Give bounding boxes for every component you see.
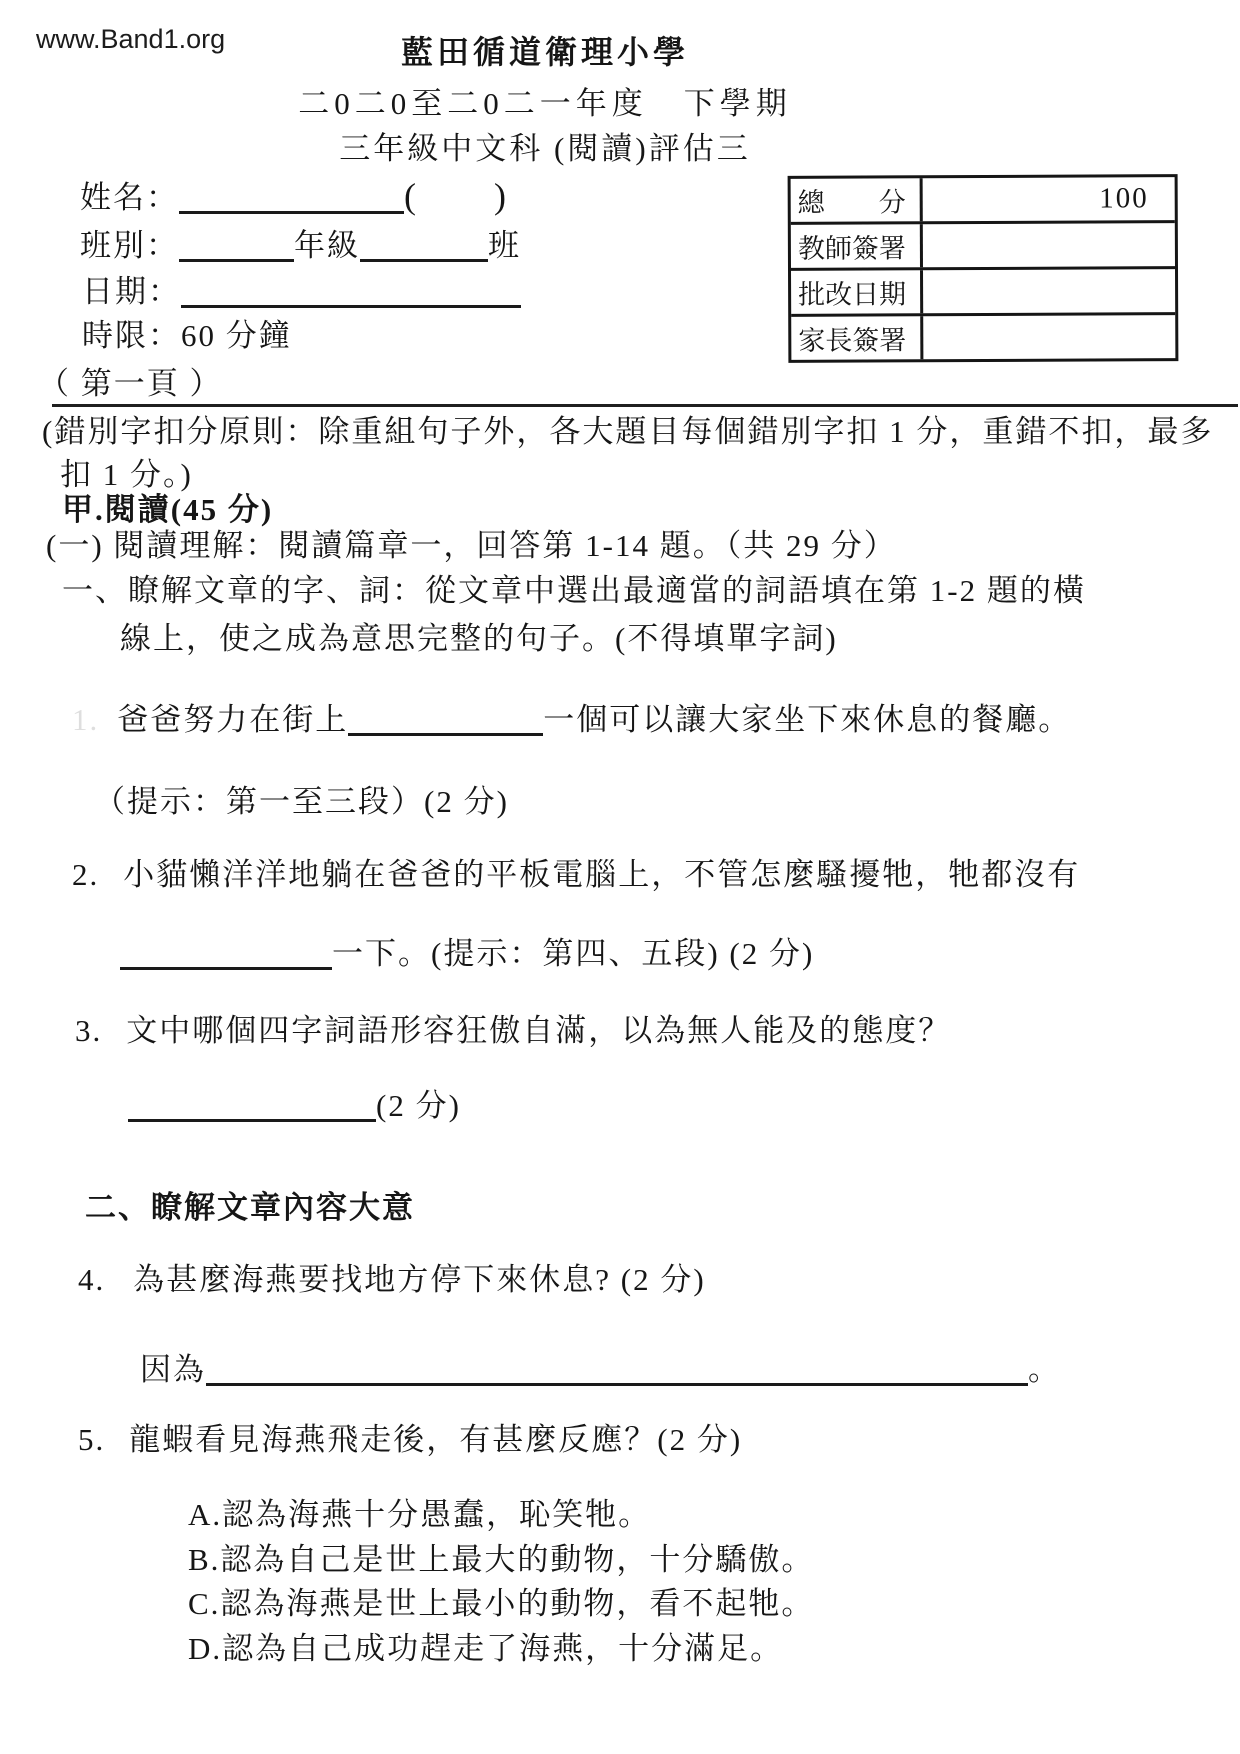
- question-4-answer-line: 因為。: [140, 1352, 1061, 1388]
- question-2-text-after: 一下。(提示：第四、五段) (2 分): [332, 936, 814, 971]
- question-2-answer-line: 一下。(提示：第四、五段) (2 分): [120, 936, 814, 972]
- question-3-marks: (2 分): [376, 1088, 461, 1123]
- time-limit: 時限：60 分鐘: [82, 318, 292, 354]
- score-row-teacher: 教師簽署: [791, 223, 1175, 271]
- question-3: 3.文中哪個四字詞語形容狂傲自滿，以為無人能及的態度？: [75, 1013, 951, 1049]
- class-blank[interactable]: [360, 229, 488, 262]
- name-label: 姓名：: [80, 180, 179, 215]
- name-row: 姓名：(): [80, 176, 506, 217]
- teacher-signature-label: 教師簽署: [791, 224, 923, 268]
- total-score-label: 總 分: [791, 178, 923, 222]
- question-2-text: 小貓懶洋洋地躺在爸爸的平板電腦上，不管怎麼騷擾牠，牠都沒有: [123, 857, 1080, 892]
- penalty-note-line2: 扣 1 分。): [60, 457, 193, 493]
- question-3-text: 文中哪個四字詞語形容狂傲自滿，以為無人能及的態度？: [126, 1013, 951, 1048]
- class-number-paren-close: ): [494, 176, 506, 216]
- date-label: 日期：: [82, 274, 181, 309]
- question-1-number: 1.: [72, 702, 99, 738]
- question-3-number: 3.: [75, 1013, 102, 1049]
- class-row: 班別：年級班: [80, 228, 521, 264]
- teacher-signature-cell[interactable]: [923, 223, 1175, 267]
- task-two-heading: 二、瞭解文章內容大意: [85, 1190, 415, 1226]
- school-name: 藍田循道衛理小學: [0, 34, 1090, 71]
- total-score-value: 100: [923, 177, 1175, 221]
- score-table: 總 分 100 教師簽署 批改日期 家長簽署: [788, 174, 1179, 363]
- marking-date-cell[interactable]: [923, 269, 1175, 313]
- question-4-number: 4.: [78, 1262, 105, 1298]
- question-5-option-d: D.認為自己成功趕走了海燕，十分滿足。: [188, 1631, 783, 1667]
- page-marker: （ 第一頁 ）: [38, 366, 223, 402]
- name-blank[interactable]: [179, 181, 404, 214]
- question-2-number: 2.: [72, 857, 99, 893]
- question-3-answer-line: (2 分): [128, 1088, 461, 1124]
- penalty-note-line1: (錯別字扣分原則：除重組句子外，各大題目每個錯別字扣 1 分，重錯不扣，最多: [42, 414, 1213, 450]
- question-5-option-a: A.認為海燕十分愚蠢，恥笑牠。: [188, 1497, 651, 1533]
- class-number-paren-open: (: [404, 176, 416, 216]
- paper-title: 三年級中文科 (閱讀)評估三: [0, 131, 1090, 167]
- question-4-text: 為甚麼海燕要找地方停下來休息? (2 分): [133, 1262, 705, 1297]
- question-5-number: 5.: [78, 1422, 105, 1458]
- parent-signature-cell[interactable]: [923, 315, 1175, 359]
- question-4-answer-period: 。: [1028, 1352, 1061, 1387]
- question-5: 5.龍蝦看見海燕飛走後，有甚麼反應？(2 分): [78, 1422, 742, 1458]
- year-term: 二0二0至二0二一年度 下學期: [0, 86, 1090, 122]
- score-row-parent: 家長簽署: [791, 315, 1175, 360]
- part-one-heading: (一) 閱讀理解：閱讀篇章一，回答第 1-14 題。（共 29 分）: [46, 528, 897, 564]
- score-row-markdate: 批改日期: [791, 269, 1175, 317]
- question-4-blank[interactable]: [206, 1353, 1028, 1386]
- grade-blank[interactable]: [179, 229, 294, 262]
- section-a-heading: 甲.閱讀(45 分): [62, 492, 273, 528]
- question-4-answer-prefix: 因為: [140, 1352, 206, 1387]
- question-5-option-c: C.認為海燕是世上最小的動物，看不起牠。: [188, 1586, 814, 1622]
- question-3-blank[interactable]: [128, 1089, 376, 1122]
- date-row: 日期：: [82, 274, 521, 310]
- question-4: 4.為甚麼海燕要找地方停下來休息? (2 分): [78, 1262, 706, 1298]
- question-2: 2.小貓懶洋洋地躺在爸爸的平板電腦上，不管怎麼騷擾牠，牠都沒有: [72, 857, 1080, 893]
- parent-signature-label: 家長簽署: [791, 316, 923, 360]
- question-1-blank[interactable]: [348, 703, 543, 736]
- task-one-heading-line1: 一、瞭解文章的字、詞：從文章中選出最適當的詞語填在第 1-2 題的橫: [62, 573, 1086, 609]
- grade-label: 年級: [294, 228, 360, 263]
- class-suffix-label: 班: [488, 228, 521, 263]
- date-blank[interactable]: [181, 275, 521, 308]
- question-1: 1.爸爸努力在街上一個可以讓大家坐下來休息的餐廳。: [72, 702, 1071, 738]
- question-5-option-b: B.認為自己是世上最大的動物，十分驕傲。: [188, 1542, 814, 1578]
- marking-date-label: 批改日期: [791, 270, 923, 314]
- question-1-text-before: 爸爸努力在街上: [117, 702, 348, 737]
- separator-line: [52, 404, 1238, 407]
- question-5-text: 龍蝦看見海燕飛走後，有甚麼反應？(2 分): [129, 1422, 742, 1457]
- question-2-blank[interactable]: [120, 937, 332, 970]
- score-row-total: 總 分 100: [791, 177, 1175, 225]
- question-1-text-after: 一個可以讓大家坐下來休息的餐廳。: [543, 702, 1071, 737]
- class-label: 班別：: [80, 228, 179, 263]
- question-1-hint: （提示：第一至三段）(2 分): [94, 784, 509, 820]
- task-one-heading-line2: 線上，使之成為意思完整的句子。(不得填單字詞): [120, 621, 838, 657]
- exam-page: www.Band1.org 藍田循道衛理小學 二0二0至二0二一年度 下學期 三…: [0, 0, 1240, 1754]
